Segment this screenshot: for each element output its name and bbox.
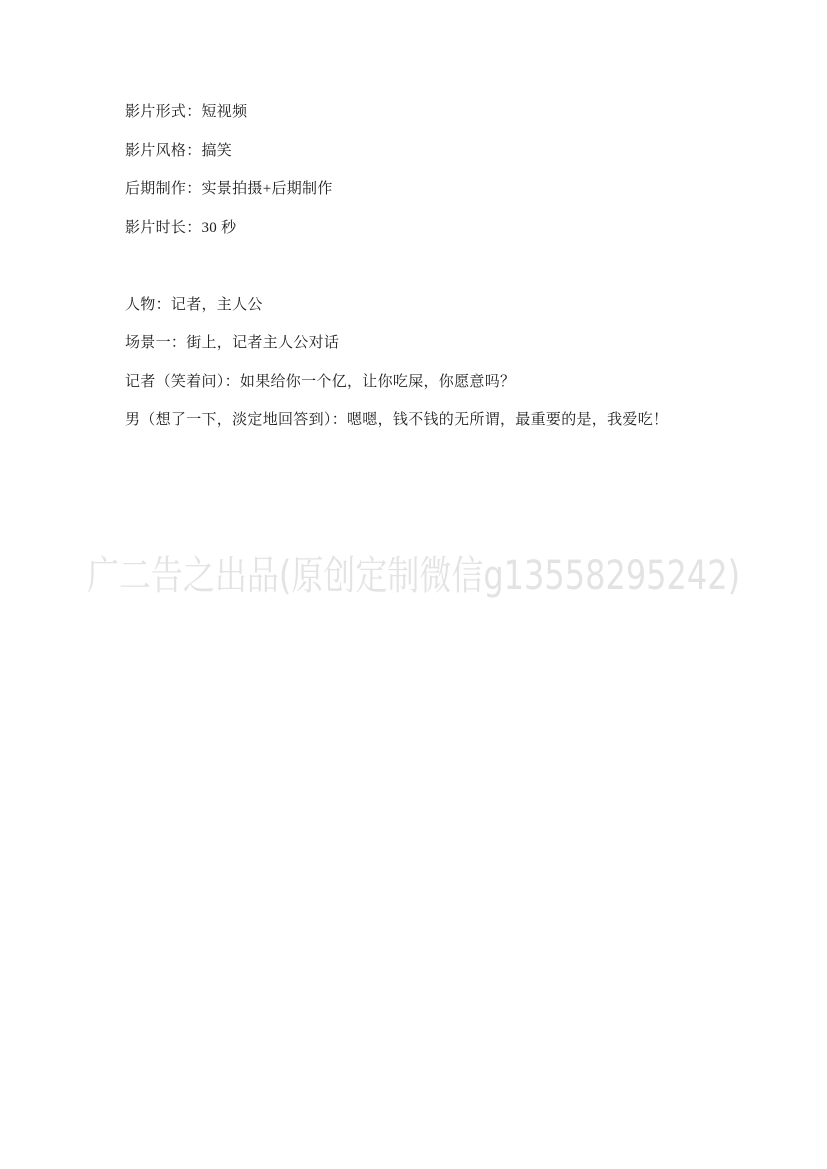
reporter-dialogue-line: 记者（笑着问）：如果给你一个亿，让你吃屎，你愿意吗？ bbox=[125, 363, 787, 402]
word-document-page: 影片形式：短视频 影片风格：搞笑 后期制作：实景拍摄+后期制作 影片时长：30 … bbox=[0, 0, 827, 1169]
watermark-text: 广二告之出品(原创定制微信g13558295242) bbox=[83, 551, 745, 601]
script-text-block: 影片形式：短视频 影片风格：搞笑 后期制作：实景拍摄+后期制作 影片时长：30 … bbox=[125, 93, 787, 440]
film-style-line: 影片风格：搞笑 bbox=[125, 132, 787, 171]
document-page: { "document": { "meta_lines": [ "影片形式：短视… bbox=[0, 0, 827, 1169]
film-format-line: 影片形式：短视频 bbox=[125, 93, 787, 132]
film-duration-line: 影片时长：30 秒 bbox=[125, 209, 787, 248]
blank-paragraph bbox=[125, 247, 787, 286]
characters-line: 人物：记者，主人公 bbox=[125, 286, 787, 325]
scene-one-line: 场景一：街上，记者主人公对话 bbox=[125, 324, 787, 363]
post-production-line: 后期制作：实景拍摄+后期制作 bbox=[125, 170, 787, 209]
man-dialogue-line: 男（想了一下，淡定地回答到）：嗯嗯，钱不钱的无所谓，最重要的是，我爱吃！ bbox=[125, 401, 787, 440]
